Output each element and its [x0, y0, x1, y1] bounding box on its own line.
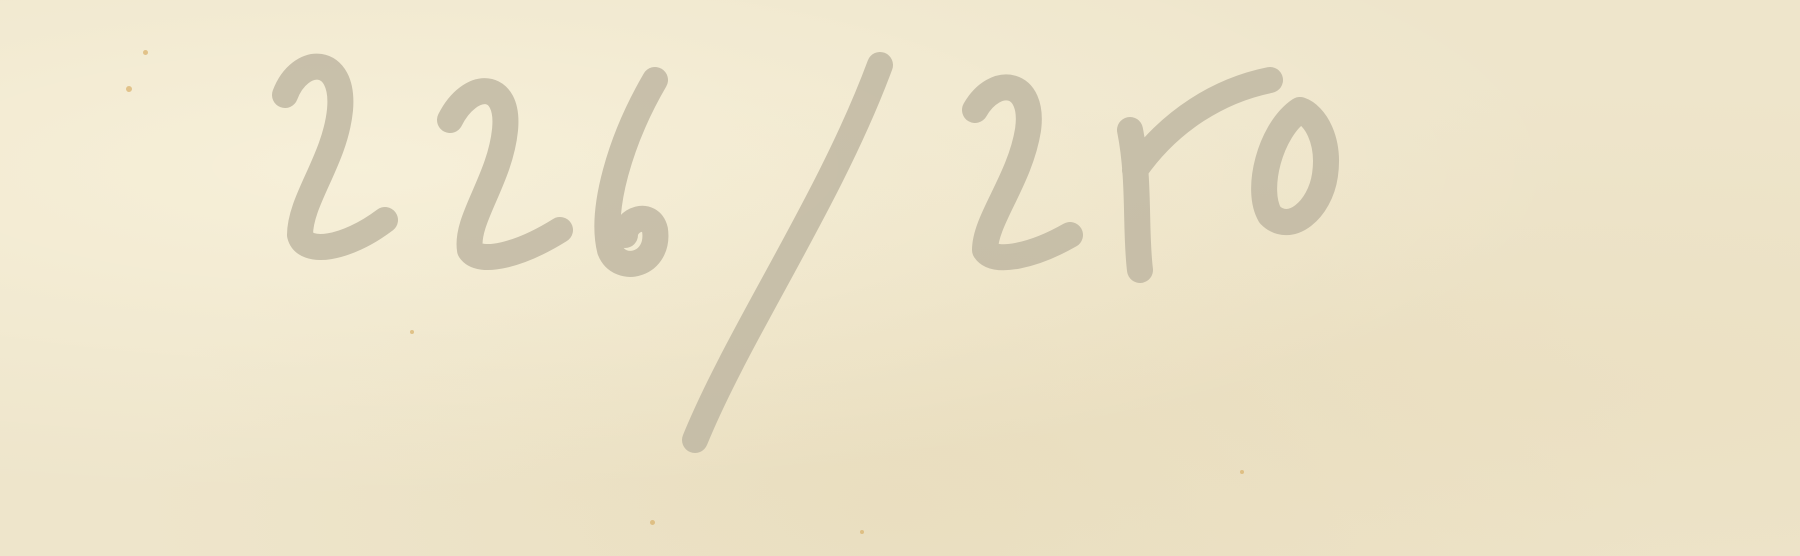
handwritten-inscription	[0, 0, 1800, 556]
paper-background: 226/250	[0, 0, 1800, 556]
